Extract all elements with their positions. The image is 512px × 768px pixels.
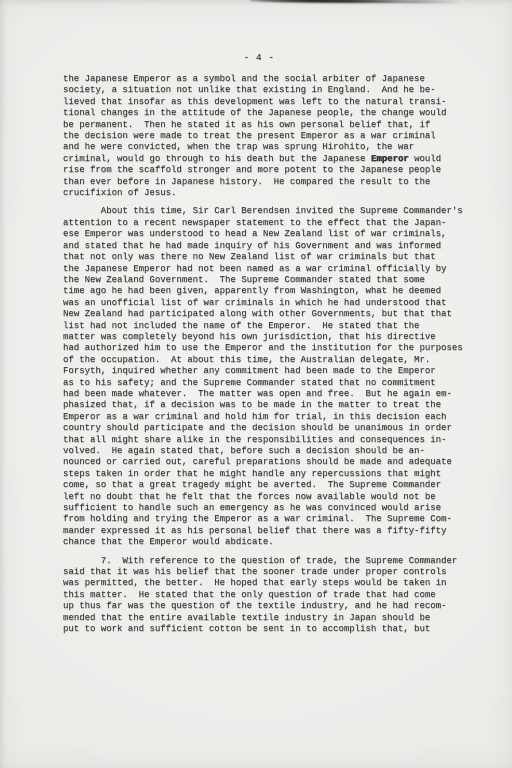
text-run: Emperor as a war criminal and hold him f… bbox=[63, 412, 446, 422]
text-run: crucifixion of Jesus. bbox=[63, 188, 176, 198]
text-run: was permitted, the better. He hoped that… bbox=[63, 578, 446, 588]
document-line: and stated that he had made inquiry of h… bbox=[63, 241, 493, 252]
text-run: society, a situation not unlike that exi… bbox=[63, 85, 436, 95]
text-run: from holding and trying the Emperor as a… bbox=[63, 514, 452, 524]
paragraph: the Japanese Emperor as a symbol and the… bbox=[63, 74, 493, 199]
document-line: chance that the Emperor would abdicate. bbox=[63, 537, 493, 548]
document-line: of the occupation. At about this time, t… bbox=[63, 355, 493, 366]
document-line: tional changes in the attitude of the Ja… bbox=[63, 108, 493, 119]
text-run: New Zealand had participated along with … bbox=[63, 309, 452, 319]
document-line: Forsyth, inquired whether any commitment… bbox=[63, 366, 493, 377]
page-number: - 4 - bbox=[63, 52, 455, 63]
document-line: that all might share alike in the respon… bbox=[63, 435, 493, 446]
document-line: steps taken in order that he might handl… bbox=[63, 469, 493, 480]
text-run: lieved that insofar as this development … bbox=[63, 97, 446, 107]
text-run: the Japanese Emperor had not been named … bbox=[63, 264, 446, 274]
text-run: matter was completely beyond his own jur… bbox=[63, 332, 436, 342]
text-run: left no doubt that he felt that the forc… bbox=[63, 492, 436, 502]
document-line: that not only was there no New Zealand l… bbox=[63, 252, 493, 263]
document-line: had authorized him to use the Emperor an… bbox=[63, 343, 493, 354]
text-run: than ever before in Japanese history. He… bbox=[63, 177, 430, 187]
text-run: and he were convicted, when the trap was… bbox=[63, 142, 414, 152]
document-line: up thus far was the question of the text… bbox=[63, 601, 493, 612]
text-run: the Japanese Emperor as a symbol and the… bbox=[63, 74, 425, 84]
document-line: volved. He again stated that, before suc… bbox=[63, 446, 493, 457]
document-line: put to work and sufficient cotton be sen… bbox=[63, 624, 493, 635]
document-line: crucifixion of Jesus. bbox=[63, 188, 493, 199]
text-run: time ago he had been given, apparently f… bbox=[63, 286, 441, 296]
text-run: was an unofficial list of war criminals … bbox=[63, 298, 446, 308]
document-line: mander expressed it as his personal beli… bbox=[63, 526, 493, 537]
document-line: Emperor as a war criminal and hold him f… bbox=[63, 412, 493, 423]
document-line: lieved that insofar as this development … bbox=[63, 97, 493, 108]
text-run: volved. He again stated that, before suc… bbox=[63, 446, 425, 456]
text-run: attention to a recent newspaper statemen… bbox=[63, 218, 446, 228]
text-run: the New Zealand Government. The Supreme … bbox=[63, 275, 425, 285]
text-run: criminal, would go through to his death … bbox=[63, 154, 371, 164]
document-line: matter was completely beyond his own jur… bbox=[63, 332, 493, 343]
document-line: left no doubt that he felt that the forc… bbox=[63, 492, 493, 503]
document-line: as to his safety; and the Supreme Comman… bbox=[63, 378, 493, 389]
document-line: was permitted, the better. He hoped that… bbox=[63, 578, 493, 589]
document-line: the Japanese Emperor had not been named … bbox=[63, 264, 493, 275]
document-line: phasized that, if a decision was to be m… bbox=[63, 400, 493, 411]
text-run: mander expressed it as his personal beli… bbox=[63, 526, 446, 536]
text-run: country should participate and the decis… bbox=[63, 423, 452, 433]
text-run: the decision were made to treat the pres… bbox=[63, 131, 436, 141]
document-line: New Zealand had participated along with … bbox=[63, 309, 493, 320]
document-line: sufficient to handle such an emergency a… bbox=[63, 503, 493, 514]
document-line: nounced or carried out, careful preparat… bbox=[63, 457, 493, 468]
document-line: time ago he had been given, apparently f… bbox=[63, 286, 493, 297]
document-line: was an unofficial list of war criminals … bbox=[63, 298, 493, 309]
document-line: mended that the entire available textile… bbox=[63, 613, 493, 624]
text-run: that not only was there no New Zealand l… bbox=[63, 252, 436, 262]
text-run: steps taken in order that he might handl… bbox=[63, 469, 441, 479]
text-run: this matter. He stated that the only que… bbox=[63, 590, 436, 600]
document-line: ese Emperor was understood to head a New… bbox=[63, 229, 493, 240]
document-line: be permanent. Then he stated it as his o… bbox=[63, 120, 493, 131]
scan-artifact-smudge bbox=[250, 0, 462, 9]
text-run: rise from the scaffold stronger and more… bbox=[63, 165, 441, 175]
document-line: attention to a recent newspaper statemen… bbox=[63, 218, 493, 229]
text-run: phasized that, if a decision was to be m… bbox=[63, 400, 441, 410]
text-run: tional changes in the attitude of the Ja… bbox=[63, 108, 446, 118]
document-line: than ever before in Japanese history. He… bbox=[63, 177, 493, 188]
document-line: come, so that a great tragedy might be a… bbox=[63, 480, 493, 491]
document-line: from holding and trying the Emperor as a… bbox=[63, 514, 493, 525]
text-run: had authorized him to use the Emperor an… bbox=[63, 343, 463, 353]
document-line: the Japanese Emperor as a symbol and the… bbox=[63, 74, 493, 85]
document-body: the Japanese Emperor as a symbol and the… bbox=[63, 74, 493, 636]
text-run: mended that the entire available textile… bbox=[63, 613, 430, 623]
text-run: said that it was his belief that the soo… bbox=[63, 567, 446, 577]
document-line: the New Zealand Government. The Supreme … bbox=[63, 275, 493, 286]
document-line: had been made whatever. The matter was o… bbox=[63, 389, 493, 400]
document-line: list had not included the name of the Em… bbox=[63, 321, 493, 332]
document-line: society, a situation not unlike that exi… bbox=[63, 85, 493, 96]
text-run: About this time, Sir Carl Berendsen invi… bbox=[63, 206, 463, 216]
text-run: Forsyth, inquired whether any commitment… bbox=[63, 366, 436, 376]
document-line: country should participate and the decis… bbox=[63, 423, 493, 434]
document-line: rise from the scaffold stronger and more… bbox=[63, 165, 493, 176]
document-line: 7. With reference to the question of tra… bbox=[63, 556, 493, 567]
text-run: up thus far was the question of the text… bbox=[63, 601, 446, 611]
text-run: be permanent. Then he stated it as his o… bbox=[63, 120, 430, 130]
text-run: sufficient to handle such an emergency a… bbox=[63, 503, 441, 513]
document-line: criminal, would go through to his death … bbox=[63, 154, 493, 165]
document-line: this matter. He stated that the only que… bbox=[63, 590, 493, 601]
text-run: chance that the Emperor would abdicate. bbox=[63, 537, 274, 547]
text-run: had been made whatever. The matter was o… bbox=[63, 389, 452, 399]
text-run: of the occupation. At about this time, t… bbox=[63, 355, 430, 365]
text-run: nounced or carried out, careful preparat… bbox=[63, 457, 452, 467]
text-run: and stated that he had made inquiry of h… bbox=[63, 241, 441, 251]
text-run: that all might share alike in the respon… bbox=[63, 435, 446, 445]
document-line: the decision were made to treat the pres… bbox=[63, 131, 493, 142]
text-run: ese Emperor was understood to head a New… bbox=[63, 229, 446, 239]
text-run: list had not included the name of the Em… bbox=[63, 321, 419, 331]
emphasized-word: Emperor bbox=[371, 154, 409, 164]
text-run: 7. With reference to the question of tra… bbox=[63, 556, 457, 566]
paragraph: About this time, Sir Carl Berendsen invi… bbox=[63, 206, 493, 548]
text-run: would bbox=[409, 154, 441, 164]
document-line: said that it was his belief that the soo… bbox=[63, 567, 493, 578]
document-line: and he were convicted, when the trap was… bbox=[63, 142, 493, 153]
text-run: put to work and sufficient cotton be sen… bbox=[63, 624, 430, 634]
text-run: come, so that a great tragedy might be a… bbox=[63, 480, 441, 490]
paragraph: 7. With reference to the question of tra… bbox=[63, 556, 493, 636]
scanned-page: - 4 - the Japanese Emperor as a symbol a… bbox=[0, 0, 512, 768]
text-run: as to his safety; and the Supreme Comman… bbox=[63, 378, 436, 388]
document-line: About this time, Sir Carl Berendsen invi… bbox=[63, 206, 493, 217]
